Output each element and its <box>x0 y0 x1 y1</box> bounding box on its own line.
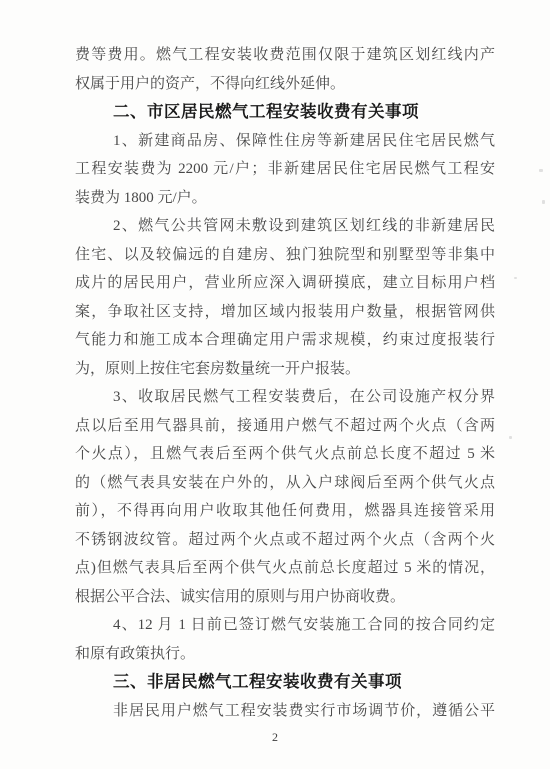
text-line: 住宅、以及较偏远的自建房、独门独院型和别墅型等非集中 <box>75 241 495 270</box>
text-line: 4、12 月 1 日前已签订燃气安装施工合同的按合同约定 <box>75 611 495 640</box>
text-line: 前），不得再向用户收取其他任何费用，燃器具连接管采用 <box>75 497 495 526</box>
text-line: 装费为 1800 元/户。 <box>75 184 495 213</box>
text-line: 3、收取居民燃气工程安装费后，在公司设施产权分界 <box>75 383 495 412</box>
text-line: 三、非居民燃气工程安装收费有关事项 <box>75 668 495 697</box>
text-line: 二、市区居民燃气工程安装收费有关事项 <box>75 98 495 127</box>
text-line: 为，原则上按住宅套房数量统一开户报装。 <box>75 355 495 384</box>
text-line: 成片的居民用户，营业所应深入调研摸底，建立目标用户档 <box>75 269 495 298</box>
text-line: 的（燃气表具安装在户外的，从入户球阀后至两个供气火点 <box>75 469 495 498</box>
document-page: 费等费用。燃气工程安装收费范围仅限于建筑区划红线内产 权属于用户的资产，不得向红… <box>0 0 550 769</box>
text-line: 工程安装费为 2200 元/户；非新建居民住宅居民燃气工程安 <box>75 155 495 184</box>
text-line: 个火点），且燃气表后至两个供气火点前总长度不超过 5 米 <box>75 440 495 469</box>
text-line: 权属于用户的资产，不得向红线外延伸。 <box>75 70 495 99</box>
text-line: 点以后至用气器具前，接通用户燃气不超过两个火点（含两 <box>75 412 495 441</box>
text-line: 非居民用户燃气工程安装费实行市场调节价，遵循公平 <box>75 697 495 726</box>
scan-artifact <box>509 436 512 439</box>
text-line: 2、燃气公共管网未敷设到建筑区划红线的非新建居民 <box>75 212 495 241</box>
text-line: 和原有政策执行。 <box>75 640 495 669</box>
text-line: 根据公平合法、诚实信用的原则与用户协商收费。 <box>75 583 495 612</box>
text-line: 气能力和施工成本合理确定用户需求规模，约束过度报装行 <box>75 326 495 355</box>
page-number: 2 <box>0 730 550 745</box>
text-line: 费等费用。燃气工程安装收费范围仅限于建筑区划红线内产 <box>75 41 495 70</box>
scan-artifact <box>539 169 543 172</box>
text-line: 点)但燃气表具后至两个供气火点前总长度超过 5 米的情况， <box>75 554 495 583</box>
text-line: 案，争取社区支持，增加区域内报装用户数量，根据管网供 <box>75 298 495 327</box>
scan-artifact <box>542 200 545 204</box>
text-line: 1、新建商品房、保障性住房等新建居民住宅居民燃气 <box>75 127 495 156</box>
document-body: 费等费用。燃气工程安装收费范围仅限于建筑区划红线内产 权属于用户的资产，不得向红… <box>75 41 495 725</box>
scan-artifact <box>514 277 517 279</box>
text-line: 不锈钢波纹管。超过两个火点或不超过两个火点（含两个火 <box>75 526 495 555</box>
